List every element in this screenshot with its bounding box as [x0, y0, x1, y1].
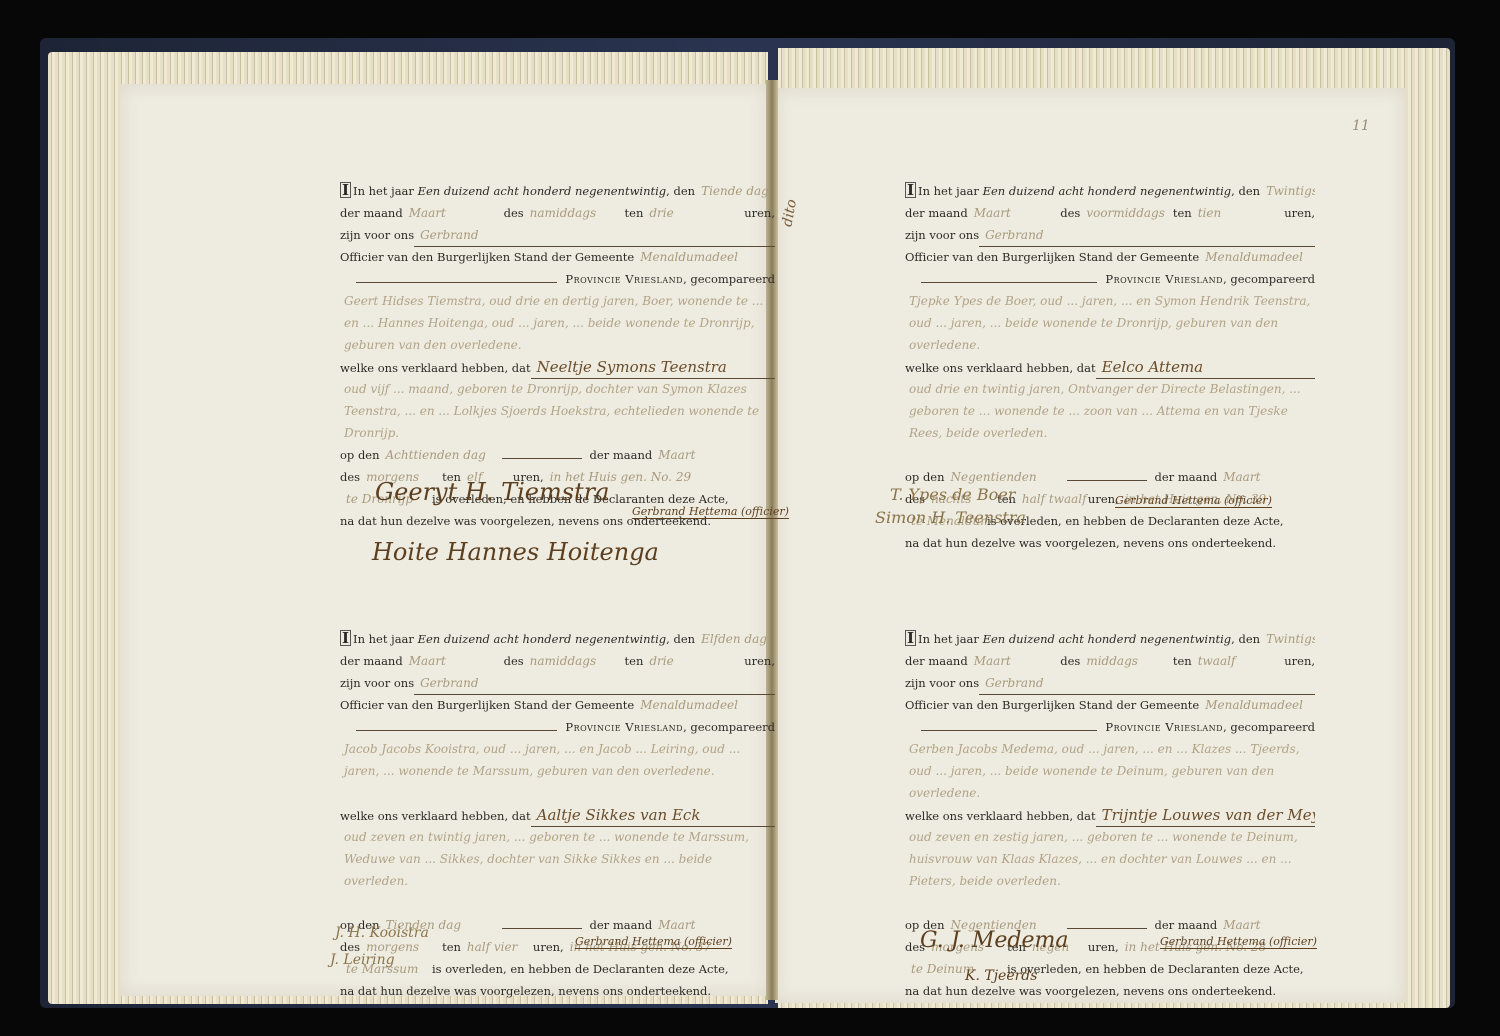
- declarants: Gerben Jacobs Medema, oud ... jaren, ...…: [905, 738, 1315, 804]
- label: , den: [666, 628, 695, 650]
- label: welke ons verklaard hebben, dat: [905, 805, 1096, 827]
- label: , den: [1231, 628, 1260, 650]
- death-day: Achttienden dag: [380, 444, 502, 466]
- label: der maand: [340, 202, 403, 224]
- deceased-name: Aaltje Sikkes van Eck: [531, 804, 775, 827]
- officer-name: Gerbrand: [414, 224, 775, 247]
- label: welke ons verklaard hebben, dat: [340, 357, 531, 379]
- label: des: [504, 650, 524, 672]
- death-hour: half vier: [461, 936, 533, 958]
- day-written: Twintigsten: [1260, 180, 1315, 202]
- province: Provincie Vriesland: [565, 716, 683, 738]
- signature-officer: Gerbrand Hettema (officier): [1160, 935, 1317, 949]
- hour: drie: [643, 202, 744, 224]
- label: des: [340, 466, 360, 488]
- label: der maand: [905, 202, 968, 224]
- label: zijn voor ons: [340, 224, 414, 246]
- label: is overleden, en hebben de Declaranten d…: [1007, 958, 1304, 980]
- label: , gecompareerd: [1223, 716, 1315, 738]
- label: ten: [442, 936, 461, 958]
- deceased-details: oud drie en twintig jaren, Ontvanger der…: [905, 378, 1315, 466]
- signature-declarant-1: T. Ypes de Boer: [890, 485, 1015, 504]
- municipality: Menaldumadeel: [1199, 694, 1315, 716]
- label: ten: [625, 650, 644, 672]
- signature-declarant-2: Hoite Hannes Hoitenga: [372, 538, 659, 566]
- label: , den: [1231, 180, 1260, 202]
- label: des: [504, 202, 524, 224]
- province: Provincie Vriesland: [1105, 268, 1223, 290]
- label: op den: [340, 444, 380, 466]
- label: , gecompareerd: [1223, 268, 1315, 290]
- month: Maart: [403, 650, 504, 672]
- declarants: Jacob Jacobs Kooistra, oud ... jaren, ..…: [340, 738, 775, 804]
- death-month: Maart: [652, 914, 775, 936]
- municipality: Menaldumadeel: [634, 246, 775, 268]
- signature-officer: Gerbrand Hettema (officier): [1115, 494, 1272, 508]
- label: uren,: [533, 936, 564, 958]
- deceased-details: oud zeven en twintig jaren, ... geboren …: [340, 826, 775, 914]
- label: zijn voor ons: [905, 672, 979, 694]
- label: des: [1060, 202, 1080, 224]
- month: Maart: [968, 202, 1061, 224]
- label: Officier van den Burgerlijken Stand der …: [905, 694, 1199, 716]
- label: uren,: [1284, 202, 1315, 224]
- label: des: [1060, 650, 1080, 672]
- label: ten: [1173, 202, 1192, 224]
- drop-cap: I: [340, 182, 351, 198]
- label: zijn voor ons: [905, 224, 979, 246]
- label: ten: [1173, 650, 1192, 672]
- label: zijn voor ons: [340, 672, 414, 694]
- label: na dat hun dezelve was voorgelezen, neve…: [905, 532, 1276, 554]
- label: In het jaar: [918, 628, 979, 650]
- death-hour: half twaalf: [1016, 488, 1088, 510]
- officer-name: Gerbrand: [414, 672, 775, 695]
- officer-name: Gerbrand: [979, 224, 1315, 247]
- label: uren,: [744, 202, 775, 224]
- label: is overleden, en hebben de Declaranten d…: [432, 958, 729, 980]
- label: der maand: [1155, 466, 1218, 488]
- deceased-details: oud vijf ... maand, geboren te Dronrijp,…: [340, 378, 775, 444]
- label: , gecompareerd: [683, 268, 775, 290]
- label: Officier van den Burgerlijken Stand der …: [340, 246, 634, 268]
- hour: twaalf: [1192, 650, 1285, 672]
- folio-number: 11: [1352, 118, 1370, 134]
- death-month: Maart: [1217, 466, 1315, 488]
- label: der maand: [590, 914, 653, 936]
- province: Provincie Vriesland: [1105, 716, 1223, 738]
- drop-cap: I: [905, 630, 916, 646]
- deceased-name: Eelco Attema: [1096, 356, 1315, 379]
- year-text: Een duizend acht honderd negenentwintig: [418, 180, 667, 202]
- part-of-day: namiddags: [524, 650, 625, 672]
- month: Maart: [968, 650, 1061, 672]
- deceased-name: Trijntje Louwes van der Mey: [1096, 804, 1315, 827]
- part-of-day: voormiddags: [1080, 202, 1173, 224]
- label: , gecompareerd: [683, 716, 775, 738]
- officer-name: Gerbrand: [979, 672, 1315, 695]
- year-text: Een duizend acht honderd negenentwintig: [983, 628, 1232, 650]
- label: is overleden, en hebben de Declaranten d…: [987, 510, 1284, 532]
- label: der maand: [590, 444, 653, 466]
- label: ten: [625, 202, 644, 224]
- municipality: Menaldumadeel: [634, 694, 775, 716]
- hour: drie: [643, 650, 744, 672]
- label: uren,: [744, 650, 775, 672]
- label: In het jaar: [353, 180, 414, 202]
- signature-declarant-2: J. Leiring: [330, 952, 395, 968]
- part-of-day: middags: [1080, 650, 1173, 672]
- label: In het jaar: [353, 628, 414, 650]
- signature-declarant-2: Simon H. Teenstra: [875, 508, 1026, 527]
- day-written: Elfden dag: [695, 628, 775, 650]
- municipality: Menaldumadeel: [1199, 246, 1315, 268]
- signature-declarant-2: K. Tjeerds: [965, 968, 1037, 984]
- signature-declarant-1: J. H. Kooistra: [335, 925, 429, 941]
- deceased-details: oud zeven en zestig jaren, ... geboren t…: [905, 826, 1315, 914]
- year-text: Een duizend acht honderd negenentwintig: [418, 628, 667, 650]
- signature-officer: Gerbrand Hettema (officier): [632, 505, 789, 519]
- deceased-name: Neeltje Symons Teenstra: [531, 356, 775, 379]
- label: der maand: [1155, 914, 1218, 936]
- label: welke ons verklaard hebben, dat: [905, 357, 1096, 379]
- declarants: Tjepke Ypes de Boer, oud ... jaren, ... …: [905, 290, 1315, 356]
- label: In het jaar: [918, 180, 979, 202]
- label: der maand: [905, 650, 968, 672]
- part-of-day: namiddags: [524, 202, 625, 224]
- province: Provincie Vriesland: [565, 268, 683, 290]
- drop-cap: I: [905, 182, 916, 198]
- signature-declarant-1: Geeryt H. Tiemstra: [375, 478, 609, 506]
- label: Officier van den Burgerlijken Stand der …: [340, 694, 634, 716]
- year-text: Een duizend acht honderd negenentwintig: [983, 180, 1232, 202]
- label: , den: [666, 180, 695, 202]
- signature-officer: Gerbrand Hettema (officier): [575, 935, 732, 949]
- death-month: Maart: [1217, 914, 1315, 936]
- label: uren,: [1088, 936, 1119, 958]
- label: welke ons verklaard hebben, dat: [340, 805, 531, 827]
- month: Maart: [403, 202, 504, 224]
- declarants: Geert Hidses Tiemstra, oud drie en derti…: [340, 290, 775, 356]
- hour: tien: [1192, 202, 1285, 224]
- drop-cap: I: [340, 630, 351, 646]
- label: uren,: [1284, 650, 1315, 672]
- label: na dat hun dezelve was voorgelezen, neve…: [340, 980, 711, 1002]
- day-written: Twintigsten: [1260, 628, 1315, 650]
- label: der maand: [340, 650, 403, 672]
- label: Officier van den Burgerlijken Stand der …: [905, 246, 1199, 268]
- label: na dat hun dezelve was voorgelezen, neve…: [905, 980, 1276, 1002]
- death-month: Maart: [652, 444, 775, 466]
- signature-declarant-1: G. J. Medema: [920, 928, 1069, 953]
- day-written: Tiende dag: [695, 180, 775, 202]
